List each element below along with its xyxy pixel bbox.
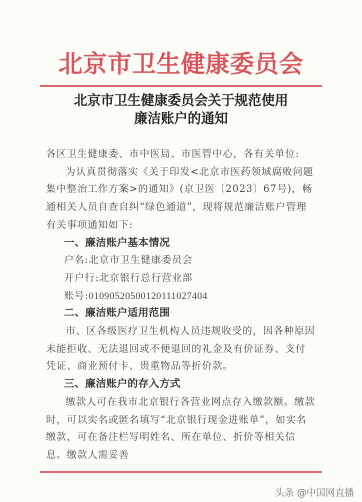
title-line-2: 廉洁账户的通知 — [0, 110, 362, 128]
field-value: 北京银行总行营业部 — [99, 273, 193, 284]
footer-red-rule — [40, 471, 322, 473]
header-red-rule — [40, 85, 322, 87]
section-3-paragraph: 缴款人可在我市北京银行各营业网点存入缴款额。缴款时，可以实名或匿名填写“北京银行… — [46, 394, 316, 465]
document-body: 各区卫生健康委、市中医局、市医管中心，各有关单位: 为认真贯彻落实《关于印发<北… — [46, 146, 316, 465]
account-number-field: 账号:01090520500120111027404 — [46, 288, 316, 306]
section-heading-2: 二、廉洁账户适用范围 — [46, 305, 316, 323]
field-label: 账号: — [64, 291, 89, 302]
field-label: 户名: — [64, 255, 89, 266]
org-header: 北京市卫生健康委员会 — [0, 50, 362, 78]
section-heading-3: 三、廉洁账户的存入方式 — [46, 376, 316, 394]
salutation: 各区卫生健康委、市中医局、市医管中心，各有关单位: — [46, 146, 316, 164]
field-value: 01090520500120111027404 — [89, 291, 208, 302]
field-label: 开户行: — [64, 273, 99, 284]
section-2-paragraph: 市、区各级医疗卫生机构人员违规收受的，因各种原因未能拒收、无法退回或不便退回的礼… — [46, 323, 316, 376]
field-value: 北京市卫生健康委员会 — [89, 255, 193, 266]
section-heading-1: 一、廉洁账户基本情况 — [46, 235, 316, 253]
title-line-1: 北京市卫生健康委员会关于规范使用 — [0, 92, 362, 110]
document-title: 北京市卫生健康委员会关于规范使用 廉洁账户的通知 — [0, 92, 362, 128]
account-name-field: 户名:北京市卫生健康委员会 — [46, 252, 316, 270]
source-watermark: 头条 @中国网直播 — [275, 485, 354, 499]
document-page: 北京市卫生健康委员会 北京市卫生健康委员会关于规范使用 廉洁账户的通知 各区卫生… — [0, 0, 362, 502]
intro-paragraph: 为认真贯彻落实《关于印发<北京市医药领域腐败问题集中整治工作方案>的通知》(京卫… — [46, 164, 316, 235]
bank-field: 开户行:北京银行总行营业部 — [46, 270, 316, 288]
